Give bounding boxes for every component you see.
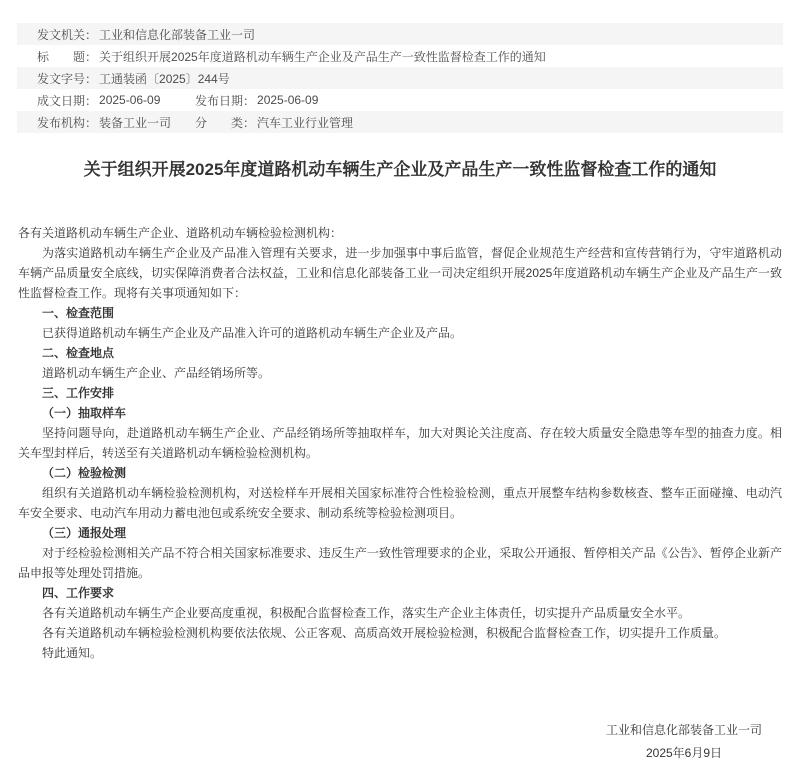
meta-label: 发布日期： <box>195 92 255 109</box>
meta-value: 关于组织开展2025年度道路机动车辆生产企业及产品生产一致性监督检查工作的通知 <box>99 48 546 65</box>
meta-value: 工通装函〔2025〕244号 <box>99 70 230 87</box>
document-body: 各有关道路机动车辆生产企业、道路机动车辆检验检测机构：为落实道路机动车辆生产企业… <box>18 223 782 663</box>
body-paragraph: 特此通知。 <box>18 643 782 663</box>
meta-value: 2025-06-09 <box>257 93 318 107</box>
meta-label: 发文字号： <box>37 70 97 87</box>
section-heading: 二、检查地点 <box>18 343 782 363</box>
meta-row-dates: 成文日期： 2025-06-09 发布日期： 2025-06-09 <box>17 89 783 111</box>
section-heading: 三、工作安排 <box>18 383 782 403</box>
meta-value: 2025-06-09 <box>99 93 160 107</box>
body-paragraph: 已获得道路机动车辆生产企业及产品准入许可的道路机动车辆生产企业及产品。 <box>18 323 782 343</box>
signature-date: 2025年6月9日 <box>606 742 762 765</box>
body-paragraph: 各有关道路机动车辆生产企业要高度重视，积极配合监督检查工作，落实生产企业主体责任… <box>18 603 782 623</box>
section-heading: （一）抽取样车 <box>18 403 782 423</box>
meta-label: 成文日期： <box>37 92 97 109</box>
body-paragraph: 对于经检验检测相关产品不符合相关国家标准要求、违反生产一致性管理要求的企业，采取… <box>18 543 782 583</box>
meta-label: 发文机关： <box>37 26 97 43</box>
meta-row-publisher-category: 发布机构： 装备工业一司 分 类： 汽车工业行业管理 <box>17 111 783 133</box>
signature-block: 工业和信息化部装备工业一司 2025年6月9日 <box>606 719 762 765</box>
section-heading: （二）检验检测 <box>18 463 782 483</box>
section-heading: （三）通报处理 <box>18 523 782 543</box>
meta-value: 汽车工业行业管理 <box>257 114 353 131</box>
meta-label: 分 类： <box>195 114 255 131</box>
signature-agency: 工业和信息化部装备工业一司 <box>606 719 762 742</box>
body-paragraph: 道路机动车辆生产企业、产品经销场所等。 <box>18 363 782 383</box>
meta-label: 标 题： <box>37 48 97 65</box>
body-paragraph: 各有关道路机动车辆检验检测机构要依法依规、公正客观、高质高效开展检验检测，积极配… <box>18 623 782 643</box>
body-paragraph: 坚持问题导向，赴道路机动车辆生产企业、产品经销场所等抽取样车，加大对舆论关注度高… <box>18 423 782 463</box>
meta-row-title: 标 题： 关于组织开展2025年度道路机动车辆生产企业及产品生产一致性监督检查工… <box>17 45 783 67</box>
document-page: 发文机关： 工业和信息化部装备工业一司 标 题： 关于组织开展2025年度道路机… <box>0 0 800 773</box>
meta-row-doc-number: 发文字号： 工通装函〔2025〕244号 <box>17 67 783 89</box>
meta-field-publish-date: 发布日期： 2025-06-09 <box>195 89 318 111</box>
body-paragraph: 组织有关道路机动车辆检验检测机构，对送检样车开展相关国家标准符合性检验检测，重点… <box>18 483 782 523</box>
body-paragraph: 各有关道路机动车辆生产企业、道路机动车辆检验检测机构： <box>18 223 782 243</box>
document-title: 关于组织开展2025年度道路机动车辆生产企业及产品生产一致性监督检查工作的通知 <box>30 159 770 181</box>
meta-value: 装备工业一司 <box>99 114 171 131</box>
body-paragraph: 为落实道路机动车辆生产企业及产品准入管理有关要求，进一步加强事中事后监管，督促企… <box>18 243 782 303</box>
meta-field-category: 分 类： 汽车工业行业管理 <box>195 111 353 133</box>
meta-value: 工业和信息化部装备工业一司 <box>99 26 255 43</box>
section-heading: 一、检查范围 <box>18 303 782 323</box>
section-heading: 四、工作要求 <box>18 583 782 603</box>
document-meta-table: 发文机关： 工业和信息化部装备工业一司 标 题： 关于组织开展2025年度道路机… <box>17 23 783 133</box>
meta-label: 发布机构： <box>37 114 97 131</box>
meta-row-issuing-agency: 发文机关： 工业和信息化部装备工业一司 <box>17 23 783 45</box>
